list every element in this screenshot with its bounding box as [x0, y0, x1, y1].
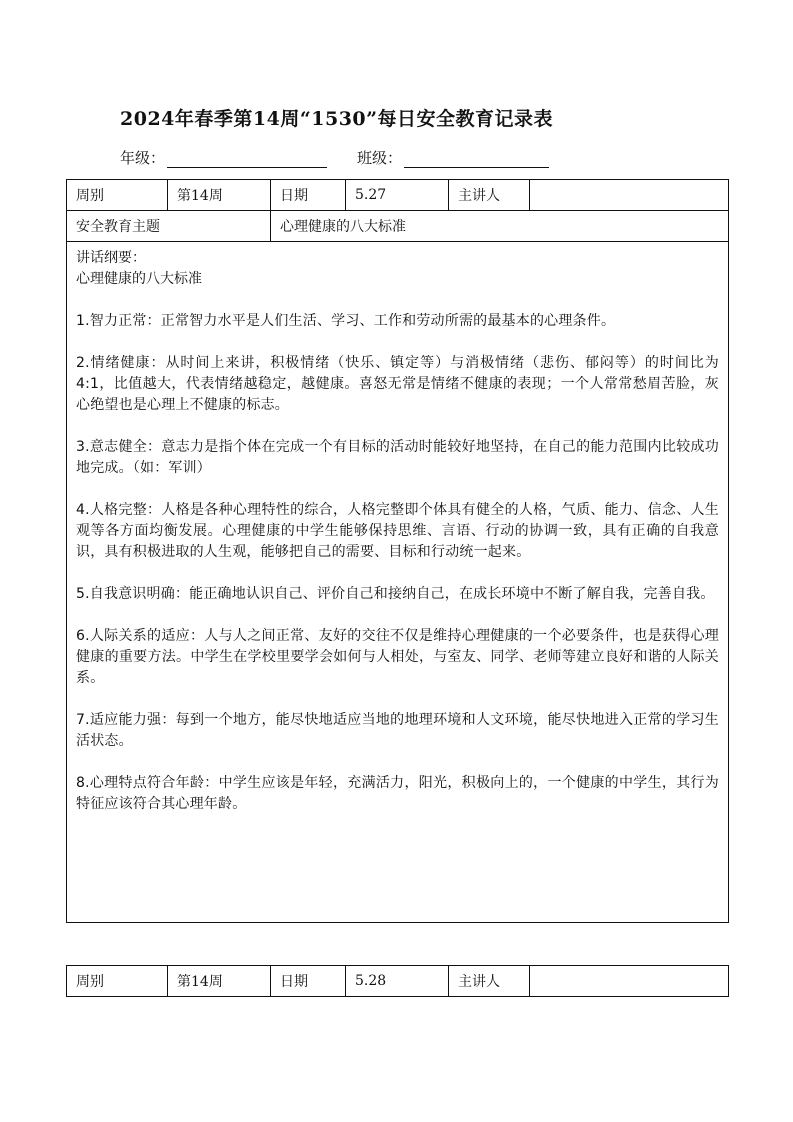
header-row: 周别 第14周 日期 5.27 主讲人 [67, 180, 729, 211]
class-field[interactable] [404, 149, 549, 168]
grade-field[interactable] [167, 149, 327, 168]
point-7: 7.适应能力强：每到一个地方，能尽快地适应当地的地理环境和人文环境，能尽快地进入… [76, 710, 719, 752]
outline-label: 讲话纲要： [76, 248, 719, 269]
record-table-5-27: 周别 第14周 日期 5.27 主讲人 安全教育主题 心理健康的八大标准 讲话纲… [66, 179, 729, 923]
point-6: 6.人际关系的适应：人与人之间正常、友好的交往不仅是维持心理健康的一个必要条件，… [76, 626, 719, 689]
outline-subtitle: 心理健康的八大标准 [76, 269, 719, 290]
class-info-row: 年级： 班级： [120, 147, 549, 168]
date-label: 日期 [271, 180, 346, 211]
record-table-5-28: 周别 第14周 日期 5.28 主讲人 [66, 965, 729, 997]
speaker-value[interactable] [530, 180, 729, 211]
content-row: 讲话纲要： 心理健康的八大标准 1.智力正常：正常智力水平是人们生活、学习、工作… [67, 242, 729, 923]
grade-label: 年级： [120, 147, 165, 168]
point-5: 5.自我意识明确：能正确地认识自己、评价自己和接纳自己，在成长环境中不断了解自我… [76, 584, 719, 605]
date-value: 5.27 [346, 180, 449, 211]
week-label: 周别 [67, 180, 168, 211]
point-3: 3.意志健全：意志力是指个体在完成一个有目标的活动时能较好地坚持，在自己的能力范… [76, 437, 719, 479]
week-label: 周别 [67, 966, 168, 997]
speaker-value[interactable] [530, 966, 729, 997]
speaker-label: 主讲人 [449, 180, 530, 211]
outline-content: 讲话纲要： 心理健康的八大标准 1.智力正常：正常智力水平是人们生活、学习、工作… [67, 242, 729, 923]
week-value: 第14周 [168, 966, 271, 997]
point-8: 8.心理特点符合年龄：中学生应该是年轻，充满活力，阳光，积极向上的，一个健康的中… [76, 773, 719, 815]
point-4: 4.人格完整：人格是各种心理特性的综合，人格完整即个体具有健全的人格，气质、能力… [76, 500, 719, 563]
week-value: 第14周 [168, 180, 271, 211]
class-label: 班级： [357, 147, 402, 168]
date-label: 日期 [271, 966, 346, 997]
point-2: 2.情绪健康：从时间上来讲，积极情绪（快乐、镇定等）与消极情绪（悲伤、郁闷等）的… [76, 353, 719, 416]
topic-value: 心理健康的八大标准 [271, 211, 729, 242]
header-row: 周别 第14周 日期 5.28 主讲人 [67, 966, 729, 997]
date-value: 5.28 [346, 966, 449, 997]
document-title: 2024年春季第14周“1530”每日安全教育记录表 [0, 104, 793, 131]
topic-row: 安全教育主题 心理健康的八大标准 [67, 211, 729, 242]
speaker-label: 主讲人 [449, 966, 530, 997]
point-1: 1.智力正常：正常智力水平是人们生活、学习、工作和劳动所需的最基本的心理条件。 [76, 311, 719, 332]
topic-label: 安全教育主题 [67, 211, 271, 242]
